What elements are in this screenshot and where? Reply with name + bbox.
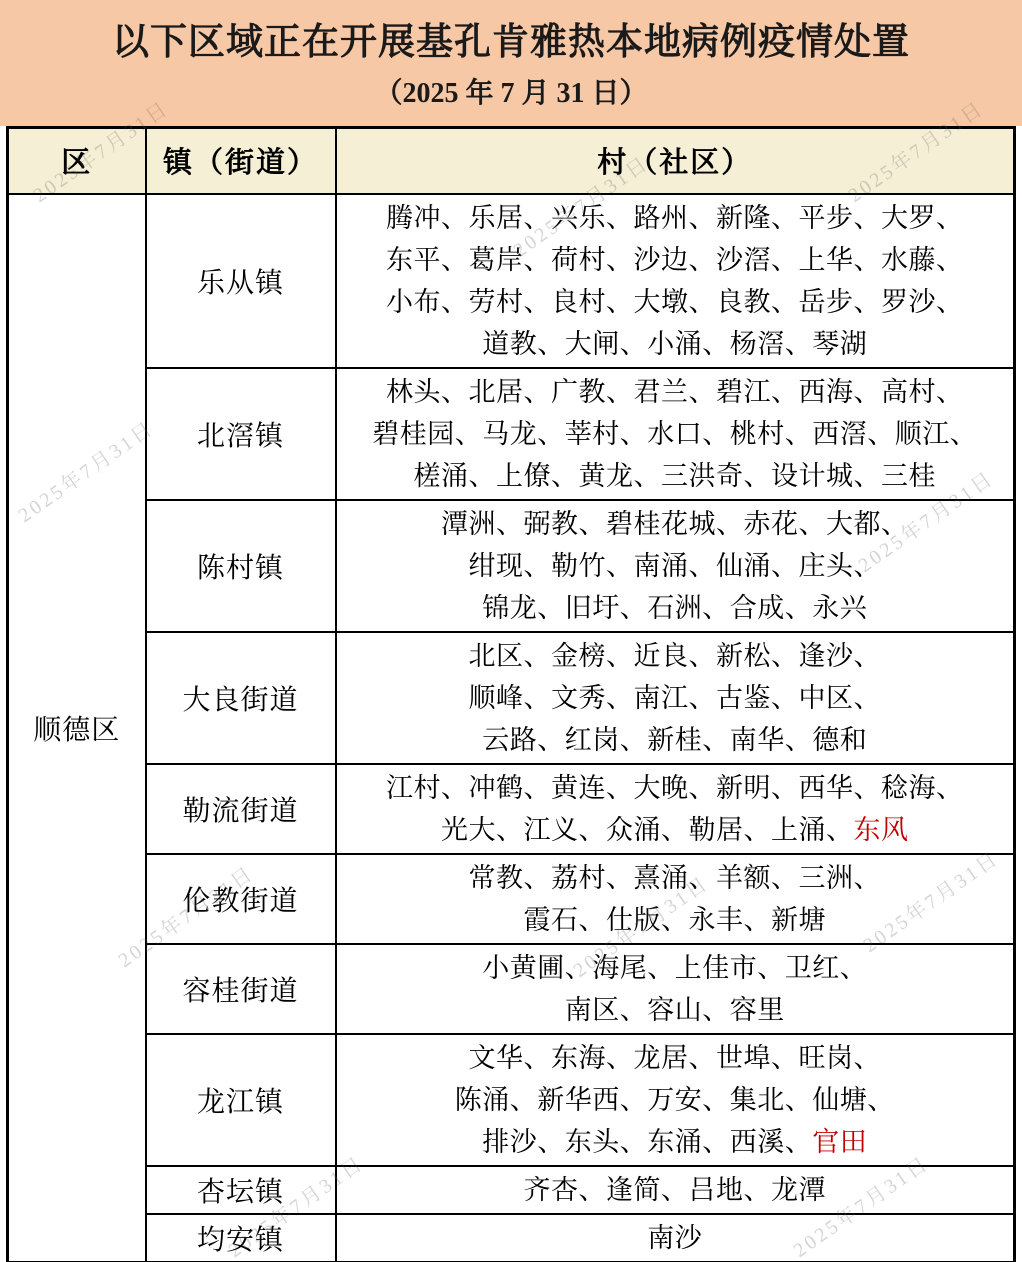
table-header: 区 镇（街道） 村（社区） xyxy=(8,128,1015,194)
village-line: 潭洲、弼教、碧桂花城、赤花、大都、 xyxy=(347,503,1004,545)
villages-cell: 林头、北居、广教、君兰、碧江、西海、高村、碧桂园、马龙、莘村、水口、桃村、西滘、… xyxy=(336,368,1015,500)
villages-cell: 江村、冲鹤、黄连、大晚、新明、西华、稔海、光大、江义、众涌、勒居、上涌、东风 xyxy=(336,764,1015,854)
table-row: 杏坛镇齐杏、逢简、吕地、龙潭 xyxy=(8,1166,1015,1214)
town-cell: 勒流街道 xyxy=(146,764,336,854)
villages-cell: 腾冲、乐居、兴乐、路州、新隆、平步、大罗、东平、葛岸、荷村、沙边、沙滘、上华、水… xyxy=(336,194,1015,368)
village-line: 霞石、仕版、永丰、新塘 xyxy=(347,899,1004,941)
town-cell: 伦教街道 xyxy=(146,854,336,944)
notice-page: 以下区域正在开展基孔肯雅热本地病例疫情处置 （2025 年 7 月 31 日） … xyxy=(0,0,1022,1262)
village-line: 南沙 xyxy=(347,1217,1004,1259)
villages-cell: 齐杏、逢简、吕地、龙潭 xyxy=(336,1166,1015,1214)
village-line: 林头、北居、广教、君兰、碧江、西海、高村、 xyxy=(347,371,1004,413)
town-cell: 大良街道 xyxy=(146,632,336,764)
town-cell: 容桂街道 xyxy=(146,944,336,1034)
column-header-town: 镇（街道） xyxy=(146,128,336,194)
villages-cell: 文华、东海、龙居、世埠、旺岗、陈涌、新华西、万安、集北、仙塘、排沙、东头、东涌、… xyxy=(336,1034,1015,1166)
village-line: 东平、葛岸、荷村、沙边、沙滘、上华、水藤、 xyxy=(347,239,1004,281)
village-line: 腾冲、乐居、兴乐、路州、新隆、平步、大罗、 xyxy=(347,197,1004,239)
town-cell: 均安镇 xyxy=(146,1214,336,1262)
villages-cell: 小黄圃、海尾、上佳市、卫红、南区、容山、容里 xyxy=(336,944,1015,1034)
villages-cell: 潭洲、弼教、碧桂花城、赤花、大都、绀现、勒竹、南涌、仙涌、庄头、锦龙、旧圩、石洲… xyxy=(336,500,1015,632)
town-cell: 北滘镇 xyxy=(146,368,336,500)
village-line: 常教、荔村、熹涌、羊额、三洲、 xyxy=(347,857,1004,899)
village-line: 小布、劳村、良村、大墩、良教、岳步、罗沙、 xyxy=(347,281,1004,323)
town-cell: 龙江镇 xyxy=(146,1034,336,1166)
village-line: 南区、容山、容里 xyxy=(347,989,1004,1031)
table-row: 大良街道北区、金榜、近良、新松、逢沙、顺峰、文秀、南江、古鉴、中区、云路、红岗、… xyxy=(8,632,1015,764)
page-subtitle: （2025 年 7 月 31 日） xyxy=(0,78,1022,110)
villages-cell: 常教、荔村、熹涌、羊额、三洲、霞石、仕版、永丰、新塘 xyxy=(336,854,1015,944)
page-title: 以下区域正在开展基孔肯雅热本地病例疫情处置 xyxy=(0,20,1022,66)
village-line: 绀现、勒竹、南涌、仙涌、庄头、 xyxy=(347,545,1004,587)
highlighted-village: 官田 xyxy=(812,1127,867,1157)
village-line: 小黄圃、海尾、上佳市、卫红、 xyxy=(347,947,1004,989)
table-row: 北滘镇林头、北居、广教、君兰、碧江、西海、高村、碧桂园、马龙、莘村、水口、桃村、… xyxy=(8,368,1015,500)
table-row: 伦教街道常教、荔村、熹涌、羊额、三洲、霞石、仕版、永丰、新塘 xyxy=(8,854,1015,944)
village-line: 陈涌、新华西、万安、集北、仙塘、 xyxy=(347,1079,1004,1121)
header-row: 区 镇（街道） 村（社区） xyxy=(8,128,1015,194)
table-row: 陈村镇潭洲、弼教、碧桂花城、赤花、大都、绀现、勒竹、南涌、仙涌、庄头、锦龙、旧圩… xyxy=(8,500,1015,632)
column-header-district: 区 xyxy=(8,128,146,194)
column-header-village: 村（社区） xyxy=(336,128,1015,194)
village-line: 北区、金榜、近良、新松、逢沙、 xyxy=(347,635,1004,677)
village-line: 顺峰、文秀、南江、古鉴、中区、 xyxy=(347,677,1004,719)
table-row: 勒流街道江村、冲鹤、黄连、大晚、新明、西华、稔海、光大、江义、众涌、勒居、上涌、… xyxy=(8,764,1015,854)
title-banner: 以下区域正在开展基孔肯雅热本地病例疫情处置 （2025 年 7 月 31 日） xyxy=(0,0,1022,126)
epidemic-response-table: 区 镇（街道） 村（社区） 顺德区乐从镇腾冲、乐居、兴乐、路州、新隆、平步、大罗… xyxy=(6,126,1016,1262)
village-line: 文华、东海、龙居、世埠、旺岗、 xyxy=(347,1037,1004,1079)
village-line: 槎涌、上僚、黄龙、三洪奇、设计城、三桂 xyxy=(347,455,1004,497)
villages-cell: 南沙 xyxy=(336,1214,1015,1262)
table-row: 顺德区乐从镇腾冲、乐居、兴乐、路州、新隆、平步、大罗、东平、葛岸、荷村、沙边、沙… xyxy=(8,194,1015,368)
village-line: 云路、红岗、新桂、南华、德和 xyxy=(347,719,1004,761)
villages-cell: 北区、金榜、近良、新松、逢沙、顺峰、文秀、南江、古鉴、中区、云路、红岗、新桂、南… xyxy=(336,632,1015,764)
highlighted-village: 东风 xyxy=(854,815,909,845)
village-line: 道教、大闸、小涌、杨滘、琴湖 xyxy=(347,323,1004,365)
village-line: 碧桂园、马龙、莘村、水口、桃村、西滘、顺江、 xyxy=(347,413,1004,455)
village-line: 光大、江义、众涌、勒居、上涌、东风 xyxy=(347,809,1004,851)
village-line: 锦龙、旧圩、石洲、合成、永兴 xyxy=(347,587,1004,629)
town-cell: 陈村镇 xyxy=(146,500,336,632)
table-body: 顺德区乐从镇腾冲、乐居、兴乐、路州、新隆、平步、大罗、东平、葛岸、荷村、沙边、沙… xyxy=(8,194,1015,1262)
table-row: 均安镇南沙 xyxy=(8,1214,1015,1262)
district-cell: 顺德区 xyxy=(8,194,146,1262)
village-line: 排沙、东头、东涌、西溪、官田 xyxy=(347,1121,1004,1163)
village-line: 齐杏、逢简、吕地、龙潭 xyxy=(347,1169,1004,1211)
village-line: 江村、冲鹤、黄连、大晚、新明、西华、稔海、 xyxy=(347,767,1004,809)
table-row: 容桂街道小黄圃、海尾、上佳市、卫红、南区、容山、容里 xyxy=(8,944,1015,1034)
town-cell: 杏坛镇 xyxy=(146,1166,336,1214)
town-cell: 乐从镇 xyxy=(146,194,336,368)
table-row: 龙江镇文华、东海、龙居、世埠、旺岗、陈涌、新华西、万安、集北、仙塘、排沙、东头、… xyxy=(8,1034,1015,1166)
